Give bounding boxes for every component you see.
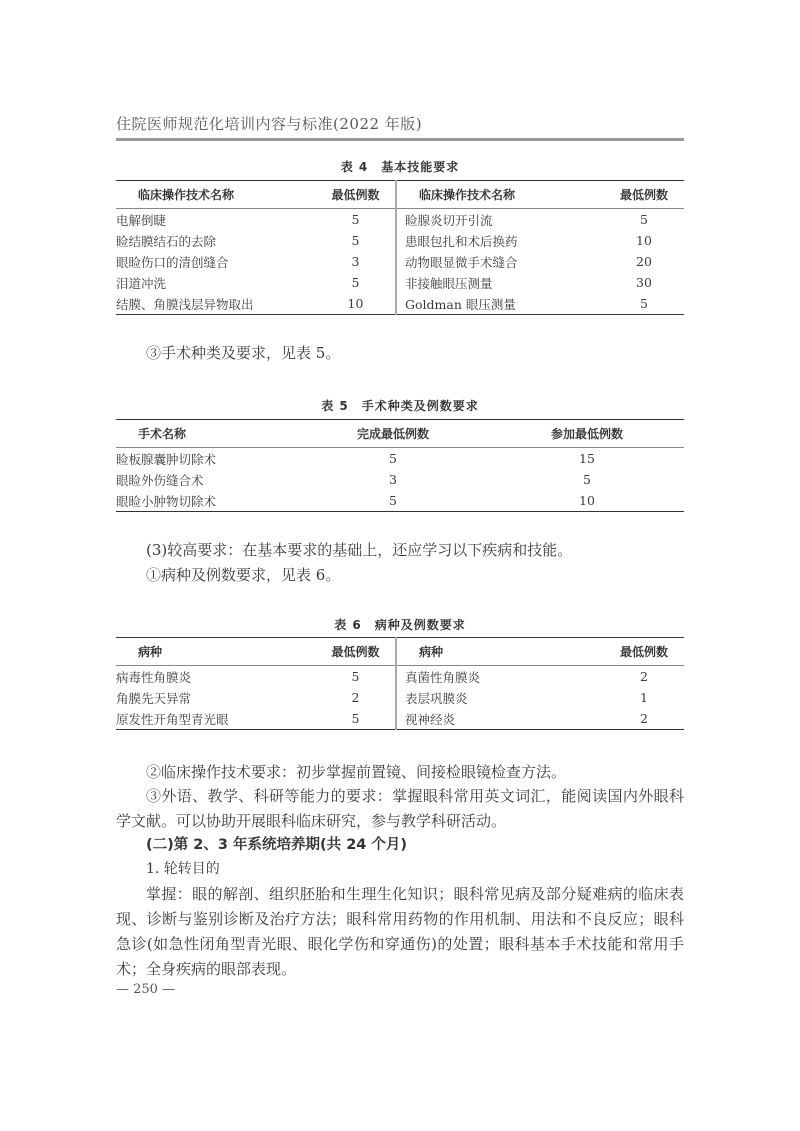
table4: 临床操作技术名称 最低例数 临床操作技术名称 最低例数 电解倒睫 5 睑腺炎切开… xyxy=(116,180,684,315)
table4-cell: 睑结膜结石的去除 xyxy=(116,230,316,251)
table6-cell: 2 xyxy=(604,708,684,730)
table-row: 原发性开角型青光眼 5 视神经炎 2 xyxy=(116,708,684,730)
table6-caption: 表 6 病种及例数要求 xyxy=(116,616,684,633)
table4-cell: 5 xyxy=(316,272,396,293)
table4-cell: 非接触眼压测量 xyxy=(396,272,604,293)
table5-caption: 表 5 手术种类及例数要求 xyxy=(116,397,684,414)
table-row: 眼睑小肿物切除术 5 10 xyxy=(116,490,684,512)
table6-cell: 2 xyxy=(604,666,684,688)
table-row: 结膜、角膜浅层异物取出 10 Goldman 眼压测量 5 xyxy=(116,293,684,315)
table6-cell: 角膜先天异常 xyxy=(116,687,316,708)
table6-header-name-right: 病种 xyxy=(396,638,604,666)
table4-cell: 5 xyxy=(604,293,684,315)
paragraph: 掌握：眼的解剖、组织胚胎和生理生化知识；眼科常见病及部分疑难病的临床表现、诊断与… xyxy=(116,882,684,982)
table-row: 角膜先天异常 2 表层巩膜炎 1 xyxy=(116,687,684,708)
table4-header-count-right: 最低例数 xyxy=(604,181,684,209)
table5-cell: 5 xyxy=(490,469,684,490)
table4-header-name-right: 临床操作技术名称 xyxy=(396,181,604,209)
table5-header-participate: 参加最低例数 xyxy=(490,420,684,448)
table4-cell: 20 xyxy=(604,251,684,272)
table6-header-count: 最低例数 xyxy=(316,638,396,666)
table6-header-name: 病种 xyxy=(116,638,316,666)
table4-header-name: 临床操作技术名称 xyxy=(116,181,316,209)
table4-cell: 电解倒睫 xyxy=(116,209,316,231)
table4-caption: 表 4 基本技能要求 xyxy=(116,158,684,175)
table5: 手术名称 完成最低例数 参加最低例数 睑板腺囊肿切除术 5 15 眼睑外伤缝合术… xyxy=(116,419,684,512)
table5-cell: 眼睑小肿物切除术 xyxy=(116,490,296,512)
table6-cell: 1 xyxy=(604,687,684,708)
running-header: 住院医师规范化培训内容与标准(2022 年版) xyxy=(116,113,422,134)
table6-cell: 视神经炎 xyxy=(396,708,604,730)
table-row: 眼睑伤口的清创缝合 3 动物眼显微手术缝合 20 xyxy=(116,251,684,272)
table4-cell: 患眼包扎和术后换药 xyxy=(396,230,604,251)
table-row: 眼睑外伤缝合术 3 5 xyxy=(116,469,684,490)
table4-cell: 结膜、角膜浅层异物取出 xyxy=(116,293,316,315)
table-row: 睑板腺囊肿切除术 5 15 xyxy=(116,448,684,470)
table6-header-count-right: 最低例数 xyxy=(604,638,684,666)
table4-cell: 5 xyxy=(316,209,396,231)
paragraph: ①病种及例数要求，见表 6。 xyxy=(116,563,684,588)
section-heading: (二)第 2、3 年系统培养期(共 24 个月) xyxy=(116,833,684,858)
paragraph: (3)较高要求：在基本要求的基础上，还应学习以下疾病和技能。 xyxy=(116,538,684,563)
table4-cell: 5 xyxy=(316,230,396,251)
table4-cell: 5 xyxy=(604,209,684,231)
table4-cell: 睑腺炎切开引流 xyxy=(396,209,604,231)
table4-cell: Goldman 眼压测量 xyxy=(396,293,604,315)
table5-header-complete: 完成最低例数 xyxy=(296,420,490,448)
paragraph: ③手术种类及要求，见表 5。 xyxy=(116,341,684,366)
table4-cell: 30 xyxy=(604,272,684,293)
subheading: 1. 轮转目的 xyxy=(116,857,684,882)
table4-cell: 动物眼显微手术缝合 xyxy=(396,251,604,272)
paragraph: ③外语、教学、科研等能力的要求：掌握眼科常用英文词汇，能阅读国内外眼科学文献。可… xyxy=(116,784,684,834)
page-number: — 250 — xyxy=(116,982,175,997)
table4-cell: 泪道冲洗 xyxy=(116,272,316,293)
table6-cell: 5 xyxy=(316,666,396,688)
table5-cell: 睑板腺囊肿切除术 xyxy=(116,448,296,470)
table6-cell: 真菌性角膜炎 xyxy=(396,666,604,688)
table-row: 电解倒睫 5 睑腺炎切开引流 5 xyxy=(116,209,684,231)
table4-cell: 10 xyxy=(604,230,684,251)
table6-cell: 2 xyxy=(316,687,396,708)
table6-cell: 5 xyxy=(316,708,396,730)
header-rule xyxy=(116,138,684,141)
table5-header-name: 手术名称 xyxy=(116,420,296,448)
table6-cell: 表层巩膜炎 xyxy=(396,687,604,708)
table5-cell: 5 xyxy=(296,448,490,470)
table6: 病种 最低例数 病种 最低例数 病毒性角膜炎 5 真菌性角膜炎 2 角膜先天异常… xyxy=(116,637,684,730)
table-row: 泪道冲洗 5 非接触眼压测量 30 xyxy=(116,272,684,293)
table5-cell: 10 xyxy=(490,490,684,512)
table6-cell: 病毒性角膜炎 xyxy=(116,666,316,688)
table5-cell: 5 xyxy=(296,490,490,512)
table4-header-count: 最低例数 xyxy=(316,181,396,209)
paragraph: ②临床操作技术要求：初步掌握前置镜、间接检眼镜检查方法。 xyxy=(116,760,684,785)
table-row: 睑结膜结石的去除 5 患眼包扎和术后换药 10 xyxy=(116,230,684,251)
table4-cell: 10 xyxy=(316,293,396,315)
table-row: 病毒性角膜炎 5 真菌性角膜炎 2 xyxy=(116,666,684,688)
table5-cell: 15 xyxy=(490,448,684,470)
table4-cell: 3 xyxy=(316,251,396,272)
table5-cell: 3 xyxy=(296,469,490,490)
table4-cell: 眼睑伤口的清创缝合 xyxy=(116,251,316,272)
table5-cell: 眼睑外伤缝合术 xyxy=(116,469,296,490)
table6-cell: 原发性开角型青光眼 xyxy=(116,708,316,730)
